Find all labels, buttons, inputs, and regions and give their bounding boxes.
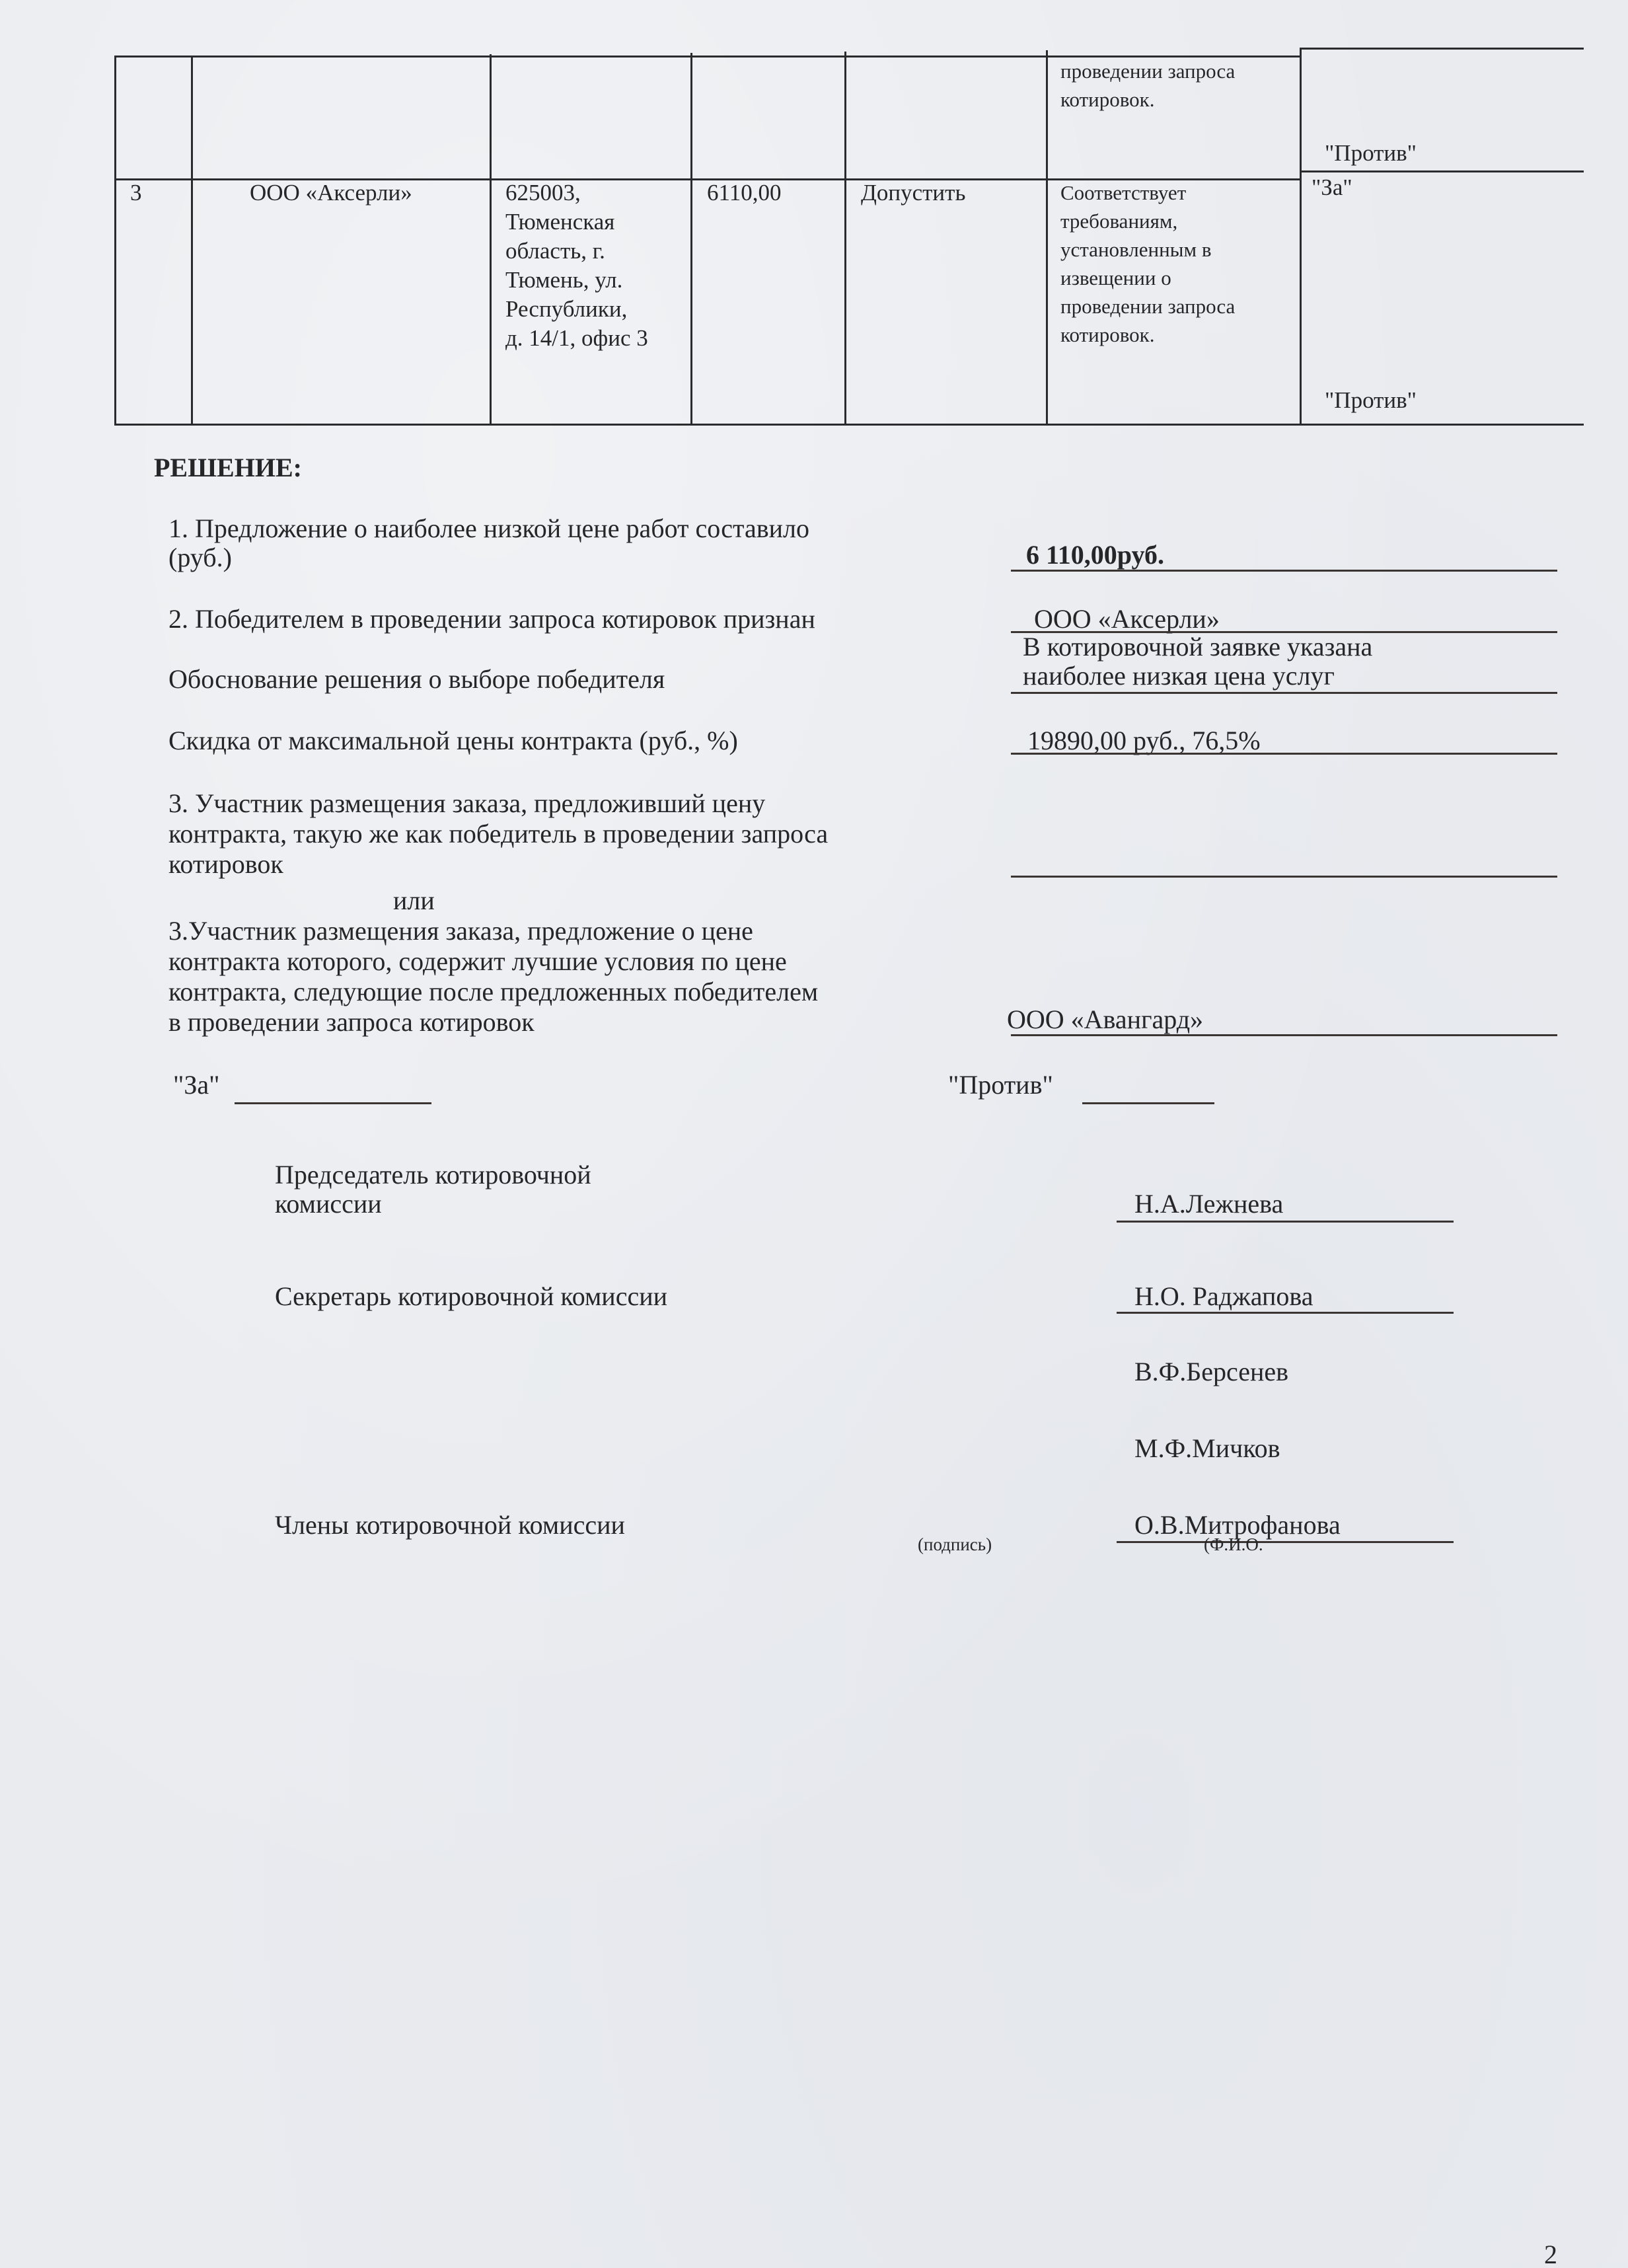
lowest-price-underline <box>1011 570 1557 572</box>
role-line: комиссии <box>275 1190 591 1219</box>
chairman-name: Н.А.Лежнева <box>1134 1190 1283 1219</box>
winner-value: ООО «Аксерли» <box>1034 605 1220 634</box>
justification-label: Обоснование решения о выборе победителя <box>168 665 665 694</box>
address-line: 625003, <box>505 178 648 208</box>
discount-label: Скидка от максимальной цены контракта (р… <box>168 726 738 755</box>
table-bottom-border <box>114 424 1584 426</box>
table-cell-participant: ООО «Аксерли» <box>250 178 412 208</box>
table-col-line <box>690 53 692 425</box>
criteria-line: котировок. <box>1060 85 1235 114</box>
table-col-line <box>114 56 116 425</box>
criteria-line: извещении о <box>1060 264 1235 292</box>
table-cell-decision: Допустить <box>861 178 965 208</box>
justification-line: наиболее низкая цена услуг <box>1023 661 1372 691</box>
table-row-divider-right <box>1300 170 1584 172</box>
vote-for-label: "За" <box>173 1071 219 1100</box>
justification-underline <box>1011 692 1557 694</box>
criteria-line: проведении запроса <box>1060 292 1235 321</box>
table-col-line <box>191 56 193 425</box>
label-line: 3.Участник размещения заказа, предложени… <box>168 916 818 946</box>
secretary-signature-line <box>1117 1312 1454 1314</box>
secretary-name: Н.О. Раджапова <box>1134 1282 1313 1311</box>
item2-label: 2. Победителем в проведении запроса коти… <box>168 605 815 634</box>
table-cell-price: 6110,00 <box>707 178 781 208</box>
label-line: контракта, следующие после предложенных … <box>168 977 818 1007</box>
vote-against-label: "Против" <box>1325 386 1417 415</box>
lowest-price-value: 6 110,00руб. <box>1026 541 1164 570</box>
label-line: котировок <box>168 849 828 880</box>
vote-for-label: "За" <box>1312 173 1352 202</box>
table-top-border-right <box>1300 48 1584 50</box>
address-line: область, г. <box>505 237 648 266</box>
chairman-role: Председатель котировочной комиссии <box>275 1160 591 1219</box>
table-col-line <box>490 54 492 425</box>
or-text: или <box>393 886 435 915</box>
item1-label: 1. Предложение о наиболее низкой цене ра… <box>168 514 809 572</box>
discount-value: 19890,00 руб., 76,5% <box>1027 726 1261 755</box>
justification-value: В котировочной заявке указана наиболее н… <box>1023 632 1372 691</box>
signature-caption: (подпись) <box>918 1534 992 1555</box>
criteria-line: котировок. <box>1060 321 1235 349</box>
vote-for-blank <box>235 1102 431 1104</box>
members-role: Члены котировочной комиссии <box>275 1511 625 1540</box>
criteria-line: проведении запроса <box>1060 57 1235 85</box>
criteria-line: требованиям, <box>1060 207 1235 235</box>
item3-alt-label: 3.Участник размещения заказа, предложени… <box>168 916 818 1038</box>
page-number: 2 <box>1544 2240 1557 2268</box>
label-line: (руб.) <box>168 543 809 572</box>
member-name: М.Ф.Мичков <box>1134 1434 1280 1463</box>
members-signature-line <box>1117 1541 1454 1543</box>
table-cell-number: 3 <box>130 178 142 208</box>
secretary-role: Секретарь котировочной комиссии <box>275 1282 667 1311</box>
label-line: 1. Предложение о наиболее низкой цене ра… <box>168 514 809 543</box>
member-name: В.Ф.Берсенев <box>1134 1357 1288 1386</box>
scanned-page <box>0 0 1628 2268</box>
table-col-line <box>1300 48 1302 425</box>
vote-against-label: "Против" <box>1325 139 1417 168</box>
label-line: в проведении запроса котировок <box>168 1007 818 1038</box>
label-line: контракта которого, содержит лучшие усло… <box>168 946 818 977</box>
decision-heading: РЕШЕНИЕ: <box>154 453 302 482</box>
item3-label: 3. Участник размещения заказа, предложив… <box>168 788 828 880</box>
chairman-signature-line <box>1117 1221 1454 1223</box>
table-col-line <box>844 52 846 425</box>
address-line: Тюмень, ул. <box>505 266 648 295</box>
table-cell-criteria-tail: проведении запроса котировок. <box>1060 57 1235 114</box>
role-line: Председатель котировочной <box>275 1160 591 1190</box>
justification-line: В котировочной заявке указана <box>1023 632 1372 661</box>
discount-underline <box>1011 753 1557 755</box>
criteria-line: установленным в <box>1060 235 1235 264</box>
table-col-line <box>1046 50 1048 425</box>
second-best-participant-value: ООО «Авангард» <box>1007 1005 1203 1034</box>
table-cell-criteria: Соответствует требованиям, установленным… <box>1060 178 1235 349</box>
address-line: Тюменская <box>505 208 648 237</box>
address-line: Республики, <box>505 295 648 324</box>
equal-price-underline <box>1011 876 1557 878</box>
criteria-line: Соответствует <box>1060 178 1235 207</box>
vote-against-label: "Против" <box>948 1071 1053 1100</box>
table-cell-address: 625003, Тюменская область, г. Тюмень, ул… <box>505 178 648 353</box>
vote-against-blank <box>1082 1102 1214 1104</box>
label-line: 3. Участник размещения заказа, предложив… <box>168 788 828 819</box>
address-line: д. 14/1, офис 3 <box>505 324 648 353</box>
second-best-underline <box>1011 1034 1557 1036</box>
name-caption: (Ф.И.О. <box>1204 1534 1263 1555</box>
label-line: контракта, такую же как победитель в про… <box>168 819 828 849</box>
